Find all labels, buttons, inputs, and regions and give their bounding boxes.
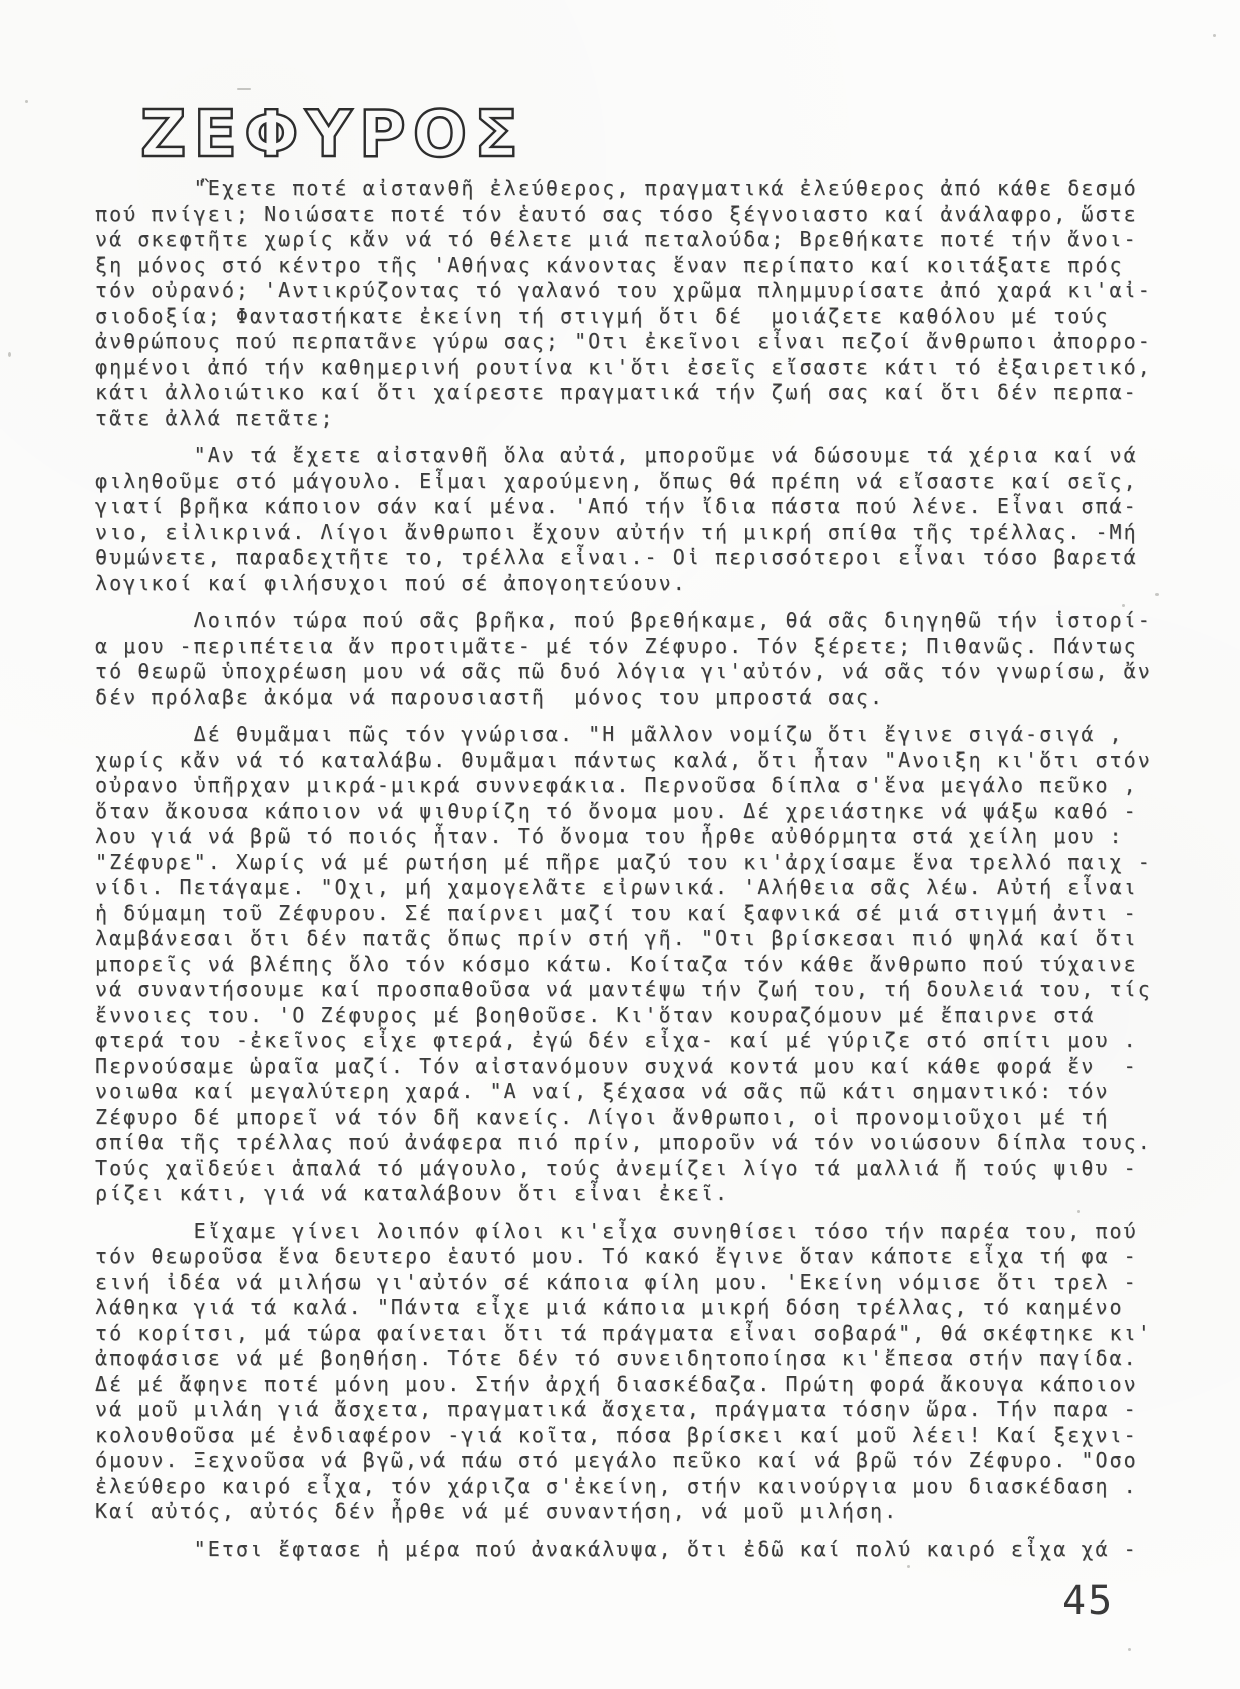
text-line: Ζέφυρο δέ μπορεῖ νά τόν δῆ κανείς. Λίγοι… xyxy=(95,1105,1170,1131)
text-line: σιοδοξία; Φανταστήκατε ἐκείνη τή στιγμή … xyxy=(95,304,1170,330)
text-line: φημένοι ἀπό τήν καθημερινή ρουτίνα κι'ὅτ… xyxy=(95,355,1170,381)
text-line: νιο, εἰλικρινά. Λίγοι ἄνθρωποι ἔχουν αὐτ… xyxy=(95,520,1170,546)
page-number: 45 xyxy=(1062,1578,1114,1624)
text-line: δέν πρόλαβε ἀκόμα νά παρουσιαστῆ μόνος τ… xyxy=(95,685,1170,711)
text-line: νίδι. Πετάγαμε. "Οχι, μή χαμογελᾶτε εἰρω… xyxy=(95,875,1170,901)
text-line: οὐρανο ὑπῆρχαν μικρά-μικρά συννεφάκια. Π… xyxy=(95,773,1170,799)
text-line: φιληθοῦμε στό μάγουλο. Εἶμαι χαρούμενη, … xyxy=(95,469,1170,495)
text-line: Εἴχαμε γίνει λοιπόν φίλοι κι'εἶχα συνηθί… xyxy=(95,1219,1170,1245)
text-line: φτερά του -ἐκεῖνος εἶχε φτερά, ἐγώ δέν ε… xyxy=(95,1028,1170,1054)
scan-speck xyxy=(907,1565,910,1568)
text-line: πού πνίγει; Νοιώσατε ποτέ τόν ἑαυτό σας … xyxy=(95,202,1170,228)
text-line: "Αν τά ἔχετε αἰστανθῆ ὅλα αὐτά, μποροῦμε… xyxy=(95,443,1170,469)
text-line: Λοιπόν τώρα πού σᾶς βρῆκα, πού βρεθήκαμε… xyxy=(95,608,1170,634)
scan-speck xyxy=(1122,604,1125,607)
scan-speck xyxy=(237,88,251,90)
text-line: τᾶτε ἀλλά πετᾶτε; xyxy=(95,406,1170,432)
page-title: ΖΕΦΥΡΟΣ xyxy=(138,84,558,188)
text-line: ἀποφάσισε νά μέ βοηθήση. Τότε δέν τό συν… xyxy=(95,1346,1170,1372)
text-line: ξη μόνος στό κέντρο τῆς 'Αθήνας κάνοντας… xyxy=(95,253,1170,279)
text-line: νά συναντήσουμε καί προσπαθοῦσα νά μαντέ… xyxy=(95,977,1170,1003)
text-line: ἐλεύθερο καιρό εἶχα, τόν χάριζα σ'ἐκείνη… xyxy=(95,1474,1170,1500)
text-line: "Ζέφυρε". Χωρίς νά μέ ρωτήση μέ πῆρε μαζ… xyxy=(95,850,1170,876)
text-line: Δέ μέ ἄφηνε ποτέ μόνη μου. Στήν ἀρχή δια… xyxy=(95,1372,1170,1398)
text-line: κάτι ἀλλοιώτικο καί ὅτι χαίρεστε πραγματ… xyxy=(95,380,1170,406)
paragraph: "Ετσι ἔφτασε ἡ μέρα πού ἀνακάλυψα, ὅτι ἐ… xyxy=(95,1537,1170,1563)
text-line: Καί αὐτός, αὐτός δέν ἦρθε νά μέ συναντήσ… xyxy=(95,1499,1170,1525)
text-line: ἀνθρώπους πού περπατᾶνε γύρω σας; "Οτι ἐ… xyxy=(95,329,1170,355)
document-body: "Ἒχετε ποτέ αἰστανθῆ ἐλεύθερος, πραγματι… xyxy=(95,176,1170,1562)
text-line: νά μοῦ μιλάη γιά ἄσχετα, πραγματικά ἄσχε… xyxy=(95,1397,1170,1423)
text-line: σπίθα τῆς τρέλλας πού ἀνάφερα πιό πρίν, … xyxy=(95,1130,1170,1156)
text-line: Περνούσαμε ὡραῖα μαζί. Τόν αἰστανόμουν σ… xyxy=(95,1054,1170,1080)
text-line: "Ετσι ἔφτασε ἡ μέρα πού ἀνακάλυψα, ὅτι ἐ… xyxy=(95,1537,1170,1563)
text-line: "Ἒχετε ποτέ αἰστανθῆ ἐλεύθερος, πραγματι… xyxy=(95,176,1170,202)
text-line: χωρίς κἄν νά τό καταλάβω. Θυμᾶμαι πάντως… xyxy=(95,748,1170,774)
paragraph: "Ἒχετε ποτέ αἰστανθῆ ἐλεύθερος, πραγματι… xyxy=(95,176,1170,431)
scanned-page: ΖΕΦΥΡΟΣ "Ἒχετε ποτέ αἰστανθῆ ἐλεύθερος, … xyxy=(0,0,1240,1689)
paragraph: "Αν τά ἔχετε αἰστανθῆ ὅλα αὐτά, μποροῦμε… xyxy=(95,443,1170,596)
text-line: ἡ δύμαμη τοῦ Ζέφυρου. Σέ παίρνει μαζί το… xyxy=(95,901,1170,927)
paragraph: Δέ θυμᾶμαι πῶς τόν γνώρισα. "Η μᾶλλον νο… xyxy=(95,722,1170,1207)
paragraph: Λοιπόν τώρα πού σᾶς βρῆκα, πού βρεθήκαμε… xyxy=(95,608,1170,710)
scan-speck xyxy=(8,352,11,357)
text-line: γιατί βρῆκα κάποιον σάν καί μένα. 'Από τ… xyxy=(95,494,1170,520)
text-line: κολουθοῦσα μέ ἐνδιαφέρον -γιά κοῖτα, πόσ… xyxy=(95,1423,1170,1449)
title-outline-lettering: ΖΕΦΥΡΟΣ xyxy=(138,84,558,184)
text-line: α μου -περιπέτεια ἄν προτιμᾶτε- μέ τόν Ζ… xyxy=(95,634,1170,660)
text-line: όμουν. Ξεχνοῦσα νά βγῶ,νά πάω στό μεγάλο… xyxy=(95,1448,1170,1474)
text-line: Τούς χαϊδεύει ἁπαλά τό μάγουλο, τούς ἀνε… xyxy=(95,1156,1170,1182)
text-line: λαμβάνεσαι ὅτι δέν πατᾶς ὅπως πρίν στή γ… xyxy=(95,926,1170,952)
text-line: ἔννοιες του. 'Ο Ζέφυρος μέ βοηθοῦσε. Κι'… xyxy=(95,1003,1170,1029)
text-line: εινή ἰδέα νά μιλήσω γι'αὐτόν σέ κάποια φ… xyxy=(95,1270,1170,1296)
text-line: νά σκεφτῆτε χωρίς κἄν νά τό θέλετε μιά π… xyxy=(95,227,1170,253)
text-line: λου γιά νά βρῶ τό ποιός ἦταν. Τό ὄνομα τ… xyxy=(95,824,1170,850)
text-line: θυμώνετε, παραδεχτῆτε το, τρέλλα εἶναι.-… xyxy=(95,545,1170,571)
paragraph: Εἴχαμε γίνει λοιπόν φίλοι κι'εἶχα συνηθί… xyxy=(95,1219,1170,1525)
scan-speck xyxy=(25,100,28,103)
text-line: μπορεῖς νά βλέπης ὅλο τόν κόσμο κάτω. Κο… xyxy=(95,952,1170,978)
text-line: τόν οὐρανό; 'Αντικρύζοντας τό γαλανό του… xyxy=(95,278,1170,304)
scan-speck xyxy=(1077,1210,1080,1213)
text-line: τό κορίτσι, μά τώρα φαίνεται ὅτι τά πράγ… xyxy=(95,1321,1170,1347)
scan-speck xyxy=(1155,593,1159,596)
text-line: ὅταν ἄκουσα κάποιον νά ψιθυρίζη τό ὄνομα… xyxy=(95,799,1170,825)
text-line: τόν θεωροῦσα ἕνα δευτερο ἑαυτό μου. Τό κ… xyxy=(95,1244,1170,1270)
scan-speck xyxy=(1128,1648,1131,1651)
text-line: ρίζει κάτι, γιά νά καταλάβουν ὅτι εἶναι … xyxy=(95,1181,1170,1207)
text-line: νοιωθα καί μεγαλύτερη χαρά. "Α ναί, ξέχα… xyxy=(95,1079,1170,1105)
scan-speck xyxy=(1213,34,1216,37)
text-line: τό θεωρῶ ὑποχρέωση μου νά σᾶς πῶ δυό λόγ… xyxy=(95,659,1170,685)
page-title-text: ΖΕΦΥΡΟΣ xyxy=(140,98,525,172)
text-line: λογικοί καί φιλήσυχοι πού σέ ἀπογοητεύου… xyxy=(95,571,1170,597)
text-line: λάθηκα γιά τά καλά. "Πάντα εἶχε μιά κάπο… xyxy=(95,1295,1170,1321)
text-line: Δέ θυμᾶμαι πῶς τόν γνώρισα. "Η μᾶλλον νο… xyxy=(95,722,1170,748)
